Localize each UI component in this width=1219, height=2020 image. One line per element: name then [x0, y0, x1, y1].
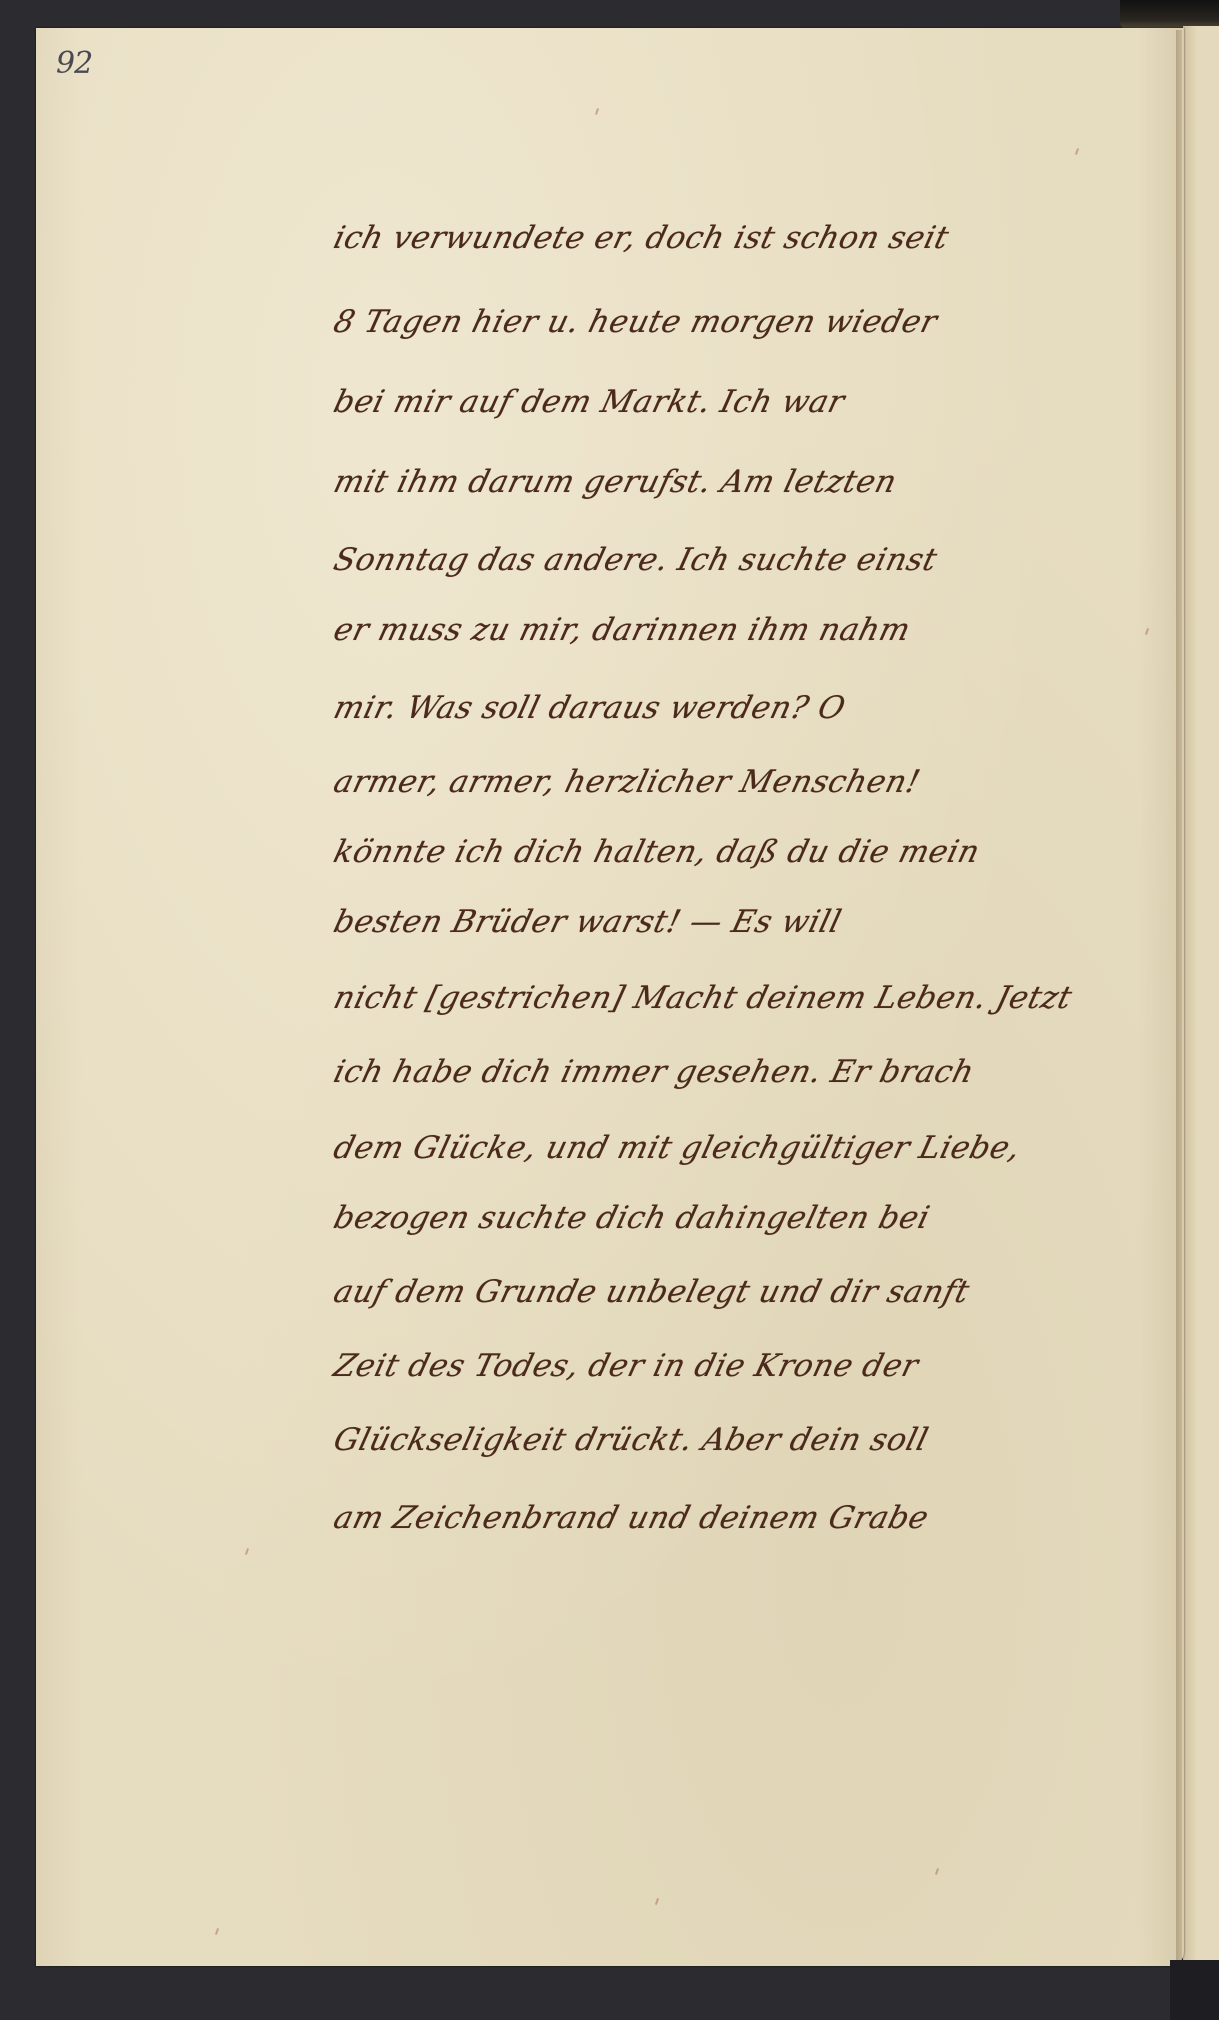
book-binding-bottom: [1170, 1960, 1219, 2020]
handwritten-line: armer, armer, herzlicher Menschen!: [330, 764, 924, 800]
page-gutter-shadow: [1176, 30, 1182, 1966]
handwritten-line: Glückseligkeit drückt. Aber dein soll: [330, 1422, 932, 1458]
handwritten-line: am Zeichenbrand und deinem Grabe: [330, 1500, 933, 1536]
handwritten-line: Zeit des Todes, der in die Krone der: [330, 1348, 922, 1384]
handwritten-line: bei mir auf dem Markt. Ich war: [330, 384, 848, 420]
next-page-edge: [1183, 26, 1219, 1966]
paper-speck: [1075, 148, 1079, 155]
handwritten-line: bezogen suchte dich dahingelten bei: [330, 1200, 933, 1236]
paper-speck: [655, 1898, 659, 1905]
page-number: 92: [56, 46, 92, 81]
handwritten-line: ich verwundete er, doch ist schon seit: [330, 220, 953, 256]
paper-speck: [595, 108, 599, 115]
handwritten-line: Sonntag das andere. Ich suchte einst: [330, 542, 941, 578]
handwritten-line: besten Brüder warst! — Es will: [330, 904, 845, 940]
paper-speck: [935, 1868, 939, 1875]
handwritten-line: könnte ich dich halten, daß du die mein: [330, 834, 984, 870]
handwritten-line: mir. Was soll daraus werden? O: [330, 690, 849, 726]
handwritten-line: mit ihm darum gerufst. Am letzten: [330, 464, 901, 500]
paper-speck: [245, 1548, 249, 1555]
handwritten-line: dem Glücke, und mit gleichgültiger Liebe…: [330, 1130, 1024, 1166]
handwritten-line: 8 Tagen hier u. heute morgen wieder: [330, 304, 941, 340]
paper-speck: [1145, 628, 1149, 635]
paper-speck: [215, 1928, 219, 1935]
handwritten-line: er muss zu mir, darinnen ihm nahm: [330, 612, 914, 648]
handwritten-line: auf dem Grunde unbelegt und dir sanft: [330, 1274, 973, 1310]
handwritten-line: nicht [gestrichen] Macht deinem Leben. J…: [330, 980, 1076, 1016]
scanned-page-view: 92 ich verwundete er, doch ist schon sei…: [0, 0, 1219, 2020]
handwritten-line: ich habe dich immer gesehen. Er brach: [330, 1054, 978, 1090]
